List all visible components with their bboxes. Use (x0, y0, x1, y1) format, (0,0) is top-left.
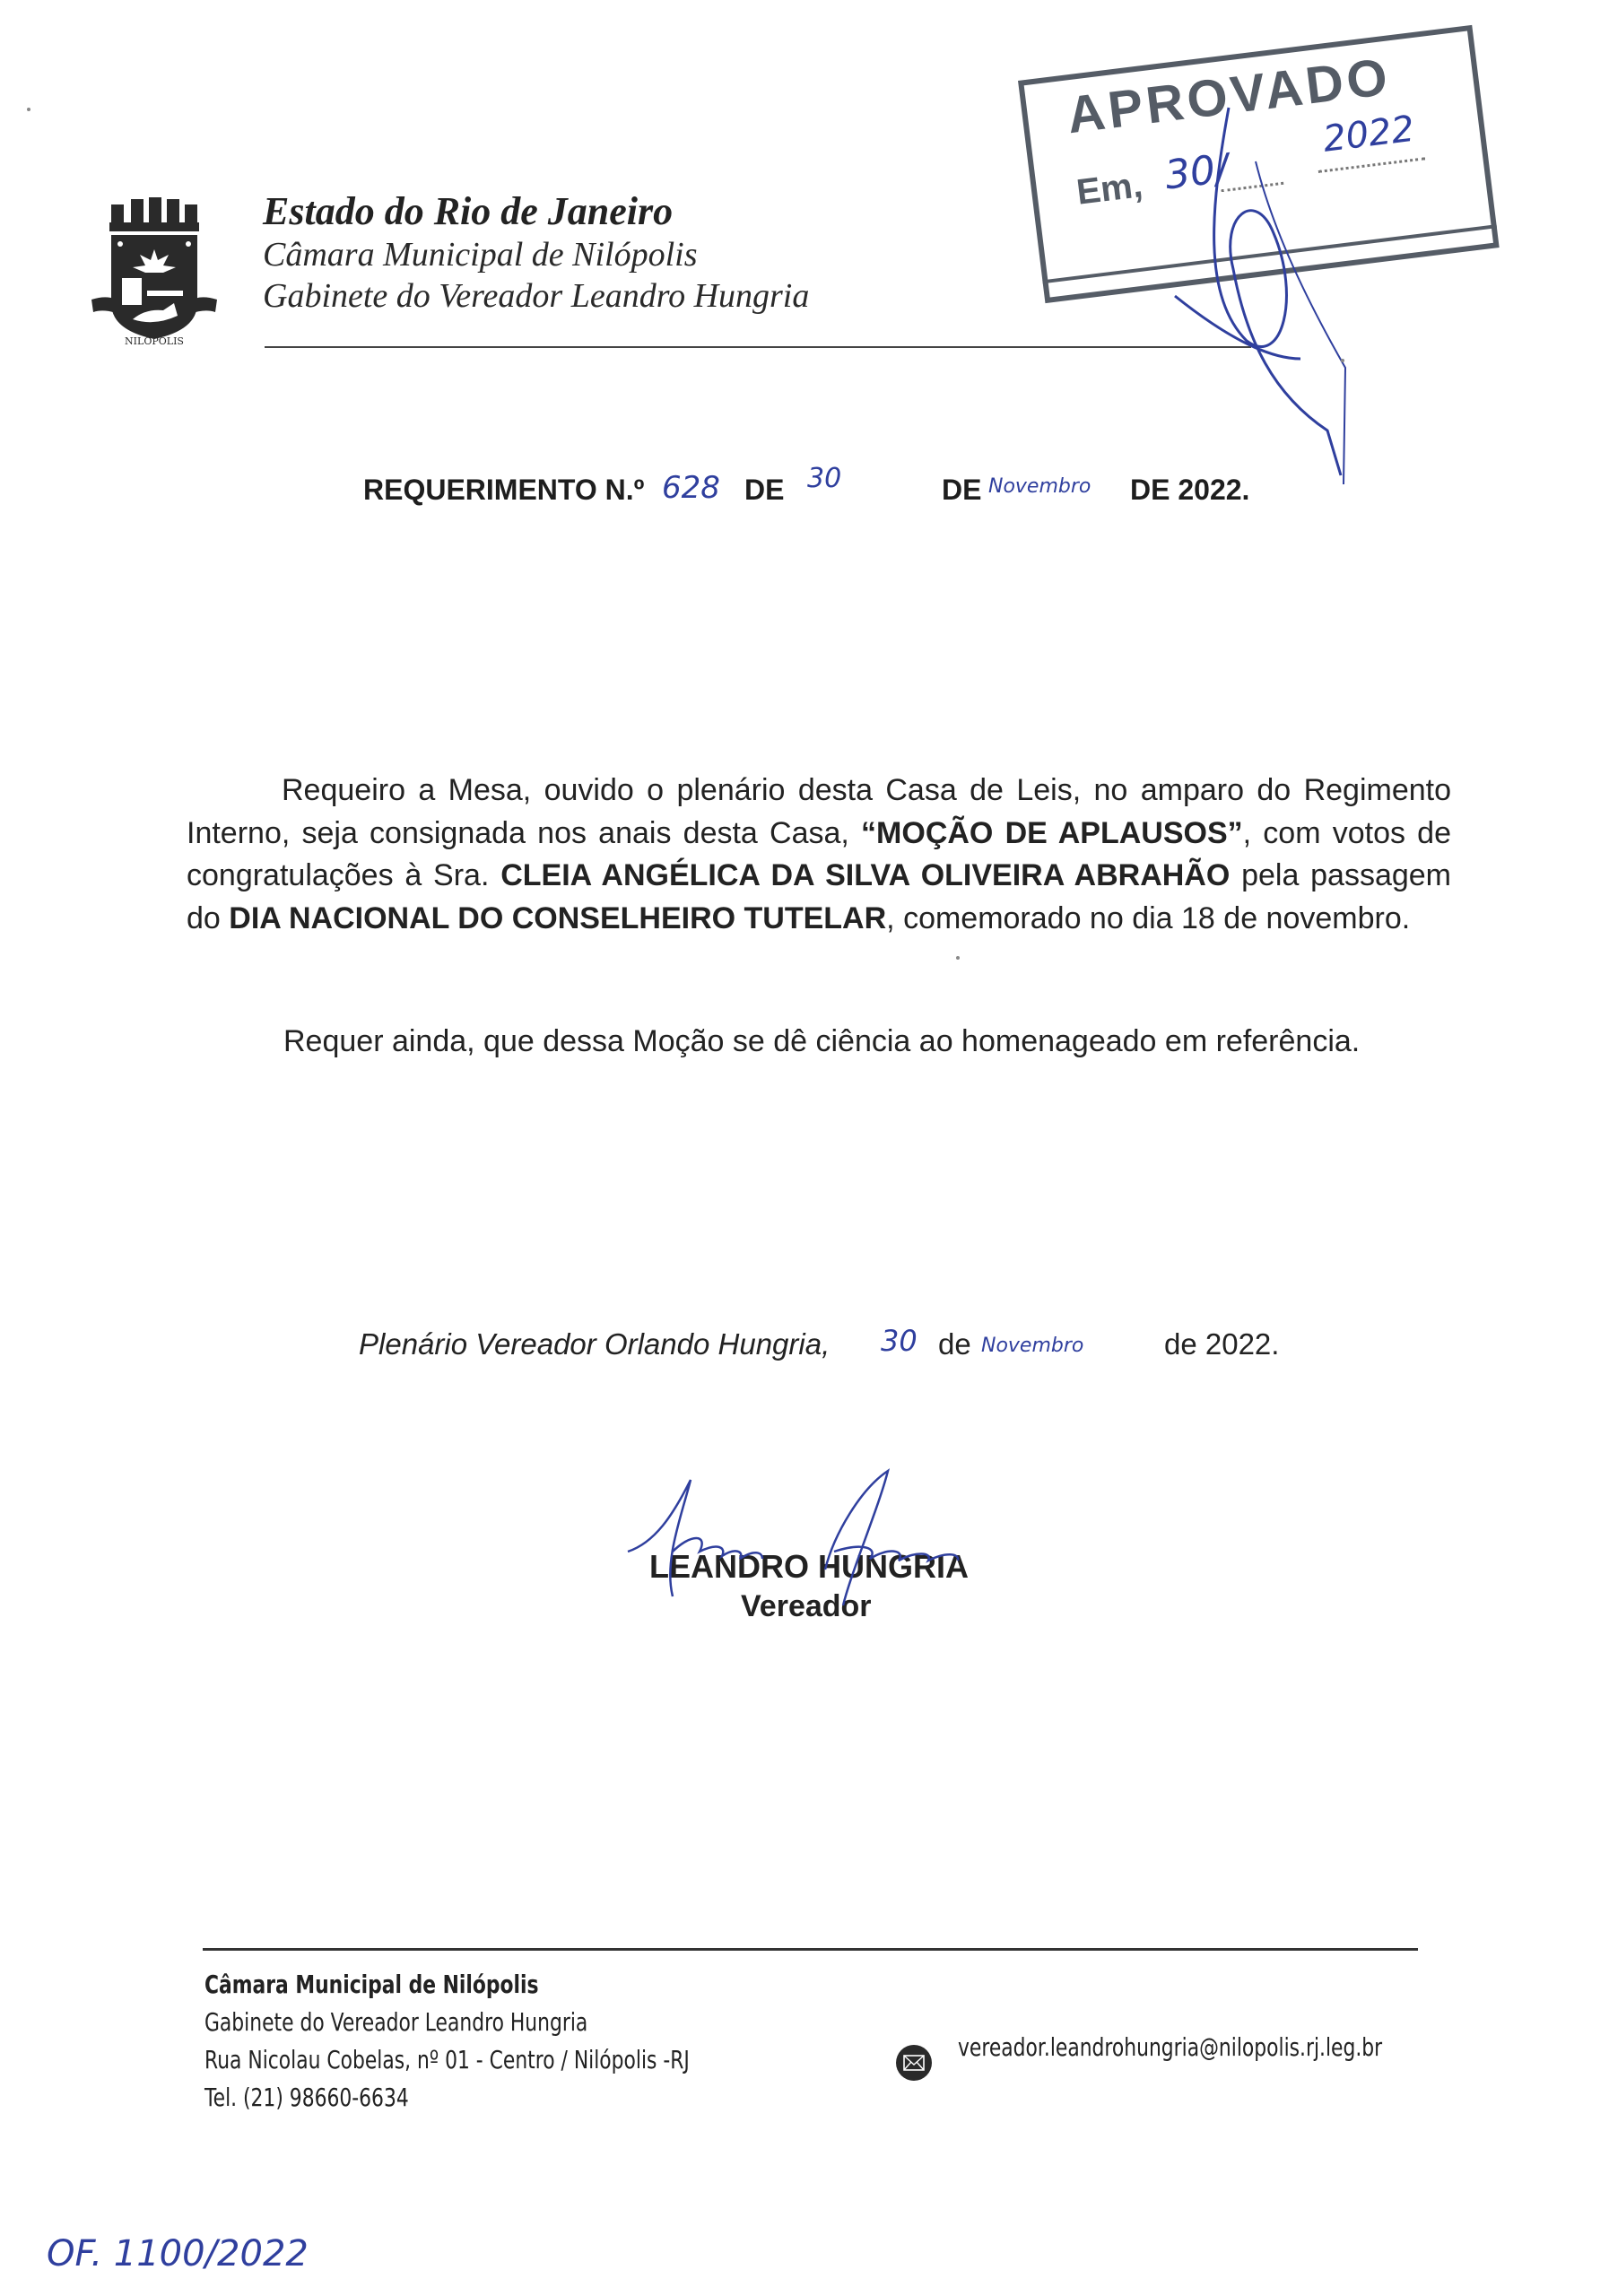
scan-speck (1341, 359, 1344, 362)
footer-email[interactable]: vereador.leandrohungria@nilopolis.rj.leg… (958, 2032, 1382, 2062)
place-de: de (938, 1327, 971, 1361)
handwritten-signature (619, 1462, 996, 1614)
header-state: Estado do Rio de Janeiro (263, 188, 673, 234)
office-number-annotation: OF. 1100/2022 (47, 2233, 309, 2274)
motion-title: “MOÇÃO DE APLAUSOS” (861, 816, 1243, 850)
requerimento-label: REQUERIMENTO N.º (363, 474, 644, 507)
place-label: Plenário Vereador Orlando Hungria, (359, 1327, 830, 1361)
footer-chamber: Câmara Municipal de Nilópolis (204, 1970, 538, 1999)
header-office: Gabinete do Vereador Leandro Hungria (263, 276, 809, 316)
footer-phone: Tel. (21) 98660-6634 (204, 2083, 409, 2112)
scan-speck (956, 956, 960, 960)
header-divider (265, 346, 1251, 348)
svg-text:NILÓPOLIS: NILÓPOLIS (125, 335, 184, 347)
commemoration-name: DIA NACIONAL DO CONSELHEIRO TUTELAR (229, 901, 886, 935)
scan-speck (27, 108, 30, 111)
requerimento-year: DE 2022. (1130, 474, 1249, 507)
place-month: Novembro (981, 1335, 1083, 1357)
envelope-icon (896, 2045, 932, 2081)
title-de: DE (744, 474, 784, 507)
requerimento-number: 628 (662, 470, 720, 506)
place-year: de 2022. (1164, 1327, 1279, 1361)
stamp-initials-scribble (1121, 72, 1390, 493)
footer-office: Gabinete do Vereador Leandro Hungria (204, 2007, 587, 2037)
municipal-crest-logo: NILÓPOLIS (91, 196, 217, 352)
title-de: DE (942, 474, 981, 507)
footer-address: Rua Nicolau Cobelas, nº 01 - Centro / Ni… (204, 2045, 690, 2074)
place-day: 30 (881, 1324, 918, 1358)
body-paragraph-2: Requer ainda, que dessa Moção se dê ciên… (283, 1024, 1360, 1059)
body-paragraph: Requeiro a Mesa, ouvido o plenário desta… (187, 770, 1451, 940)
header-chamber: Câmara Municipal de Nilópolis (263, 235, 698, 274)
footer-divider (203, 1948, 1418, 1951)
requerimento-day: 30 (807, 463, 841, 494)
honoree-name: CLEIA ANGÉLICA DA SILVA OLIVEIRA ABRAHÃO (500, 858, 1230, 892)
requerimento-month: Novembro (988, 475, 1091, 498)
